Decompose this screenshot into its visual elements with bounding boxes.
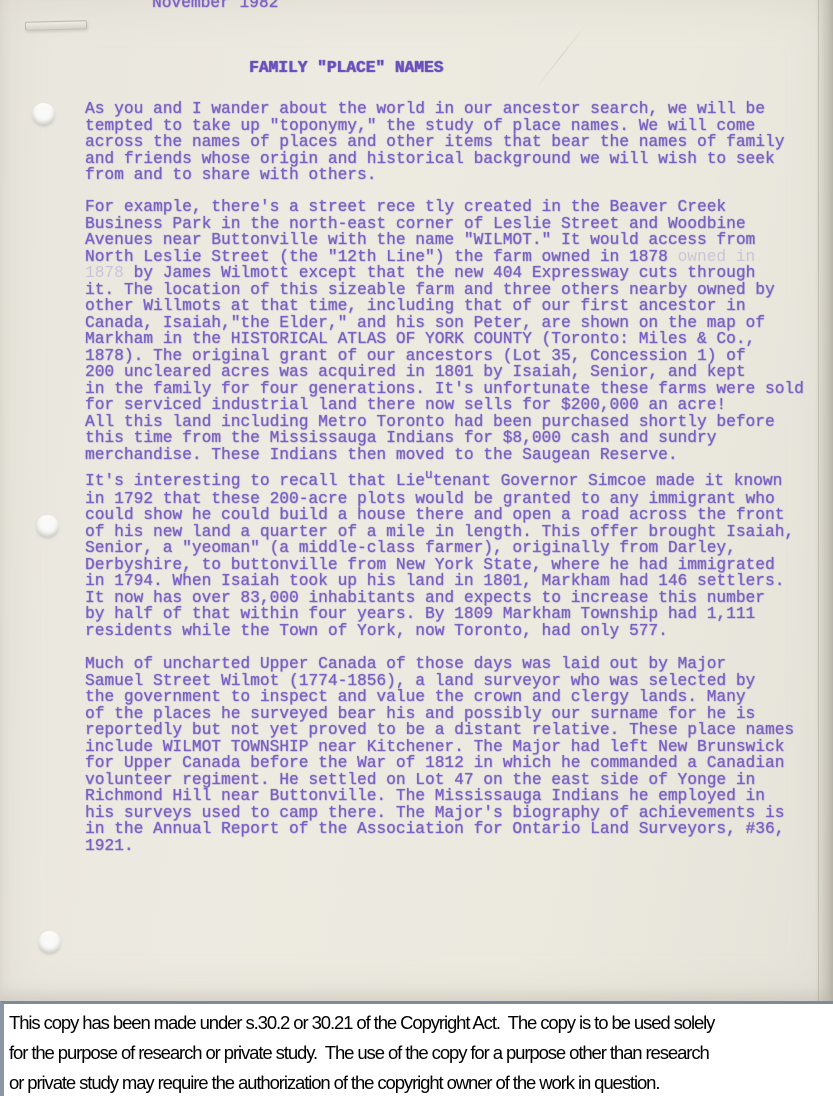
text-line: of the places he surveyed bear his and p…: [85, 706, 794, 723]
text-line: residents while the Town of York, now To…: [85, 623, 794, 640]
text-line: It's interesting to recall that Lieutena…: [85, 473, 794, 491]
text-line: For example, there's a street rece tly c…: [85, 199, 804, 216]
text-line: by half of that within four years. By 18…: [85, 606, 794, 623]
text-line: in the Annual Report of the Association …: [85, 821, 794, 838]
text-line: of his new land a quarter of a mile in l…: [85, 524, 794, 541]
text-line: in 1792 that these 200-acre plots would …: [85, 491, 794, 508]
text-line: 1878). The original grant of our ancesto…: [85, 348, 804, 365]
copyright-line: This copy has been made under s.30.2 or …: [9, 1008, 833, 1038]
text-line: Markham in the HISTORICAL ATLAS OF YORK …: [85, 331, 804, 348]
text-line: for serviced industrial land there now s…: [85, 397, 804, 414]
page-edge-shading: [815, 0, 833, 1001]
paper-crease: [534, 23, 588, 91]
text-line: Business Park in the north-east corner o…: [85, 216, 804, 233]
text-segment: tenant Governor Simcoe made it known: [433, 472, 783, 490]
text-line: it. The location of this sizeable farm a…: [85, 282, 804, 299]
text-line: 1878 by James Wilmott except that the ne…: [85, 265, 804, 282]
inserted-char: u: [425, 467, 433, 482]
text-line: tempted to take up "toponymy," the study…: [85, 118, 784, 135]
copyright-notice: This copy has been made under s.30.2 or …: [0, 1001, 833, 1096]
text-line: other Willmots at that time, including t…: [85, 298, 804, 315]
text-line: include WILMOT TOWNSHIP near Kitchener. …: [85, 739, 794, 756]
text-line: North Leslie Street (the "12th Line") th…: [85, 249, 804, 266]
text-segment: North Leslie Street (the "12th Line") th…: [85, 248, 678, 266]
hole-punch: [36, 515, 59, 538]
text-line: could show he could build a house there …: [85, 507, 794, 524]
text-line: from and to share with others.: [85, 167, 784, 184]
paragraph-simcoe-grants: It's interesting to recall that Lieutena…: [85, 473, 794, 639]
text-line: Much of uncharted Upper Canada of those …: [85, 656, 794, 673]
text-line: his surveys used to camp there. The Majo…: [85, 805, 794, 822]
text-line: in the family for four generations. It's…: [85, 381, 804, 398]
text-line: merchandise. These Indians then moved to…: [85, 447, 804, 464]
text-line: Senior, a "yeoman" (a middle-class farme…: [85, 540, 794, 557]
text-line: Avenues near Buttonville with the name "…: [85, 232, 804, 249]
text-line: for Upper Canada before the War of 1812 …: [85, 755, 794, 772]
text-line: 200 uncleared acres was acquired in 1801…: [85, 364, 804, 381]
text-line: Derbyshire, to buttonville from New York…: [85, 557, 794, 574]
text-line: and friends whose origin and historical …: [85, 151, 784, 168]
copyright-line: for the purpose of research or private s…: [9, 1038, 833, 1068]
text-line: across the names of places and other ite…: [85, 134, 784, 151]
text-line: this time from the Mississauga Indians f…: [85, 430, 804, 447]
text-line: As you and I wander about the world in o…: [85, 101, 784, 118]
text-line: Samuel Street Wilmot (1774-1856), a land…: [85, 673, 794, 690]
staple-mark: [25, 20, 87, 31]
text-line: the government to inspect and value the …: [85, 689, 794, 706]
copyright-line: or private study may require the authori…: [9, 1068, 833, 1096]
hole-punch: [32, 103, 55, 126]
text-line: in 1794. When Isaiah took up his land in…: [85, 573, 794, 590]
paragraph-major-wilmot: Much of uncharted Upper Canada of those …: [85, 656, 794, 854]
erased-text: owned in: [678, 248, 756, 266]
text-line: reportedly but not yet proved to be a di…: [85, 722, 794, 739]
document-date: November 1982: [152, 0, 278, 12]
text-line: It now has over 83,000 inhabitants and e…: [85, 590, 794, 607]
scanned-page: November 1982 FAMILY "PLACE" NAMES As yo…: [0, 0, 833, 1001]
text-line: Richmond Hill near Buttonville. The Miss…: [85, 788, 794, 805]
erased-text: 1878: [85, 264, 134, 282]
hole-punch: [38, 931, 61, 954]
text-line: All this land including Metro Toronto ha…: [85, 414, 804, 431]
paragraph-wilmot-street: For example, there's a street rece tly c…: [85, 199, 804, 463]
text-segment: by James Wilmott except that the new 404…: [134, 264, 756, 282]
document-title: FAMILY "PLACE" NAMES: [249, 60, 443, 77]
paragraph-intro: As you and I wander about the world in o…: [85, 101, 784, 184]
text-line: volunteer regiment. He settled on Lot 47…: [85, 772, 794, 789]
text-line: Canada, Isaiah,"the Elder," and his son …: [85, 315, 804, 332]
text-line: 1921.: [85, 838, 794, 855]
text-segment: It's interesting to recall that Lie: [85, 472, 425, 490]
